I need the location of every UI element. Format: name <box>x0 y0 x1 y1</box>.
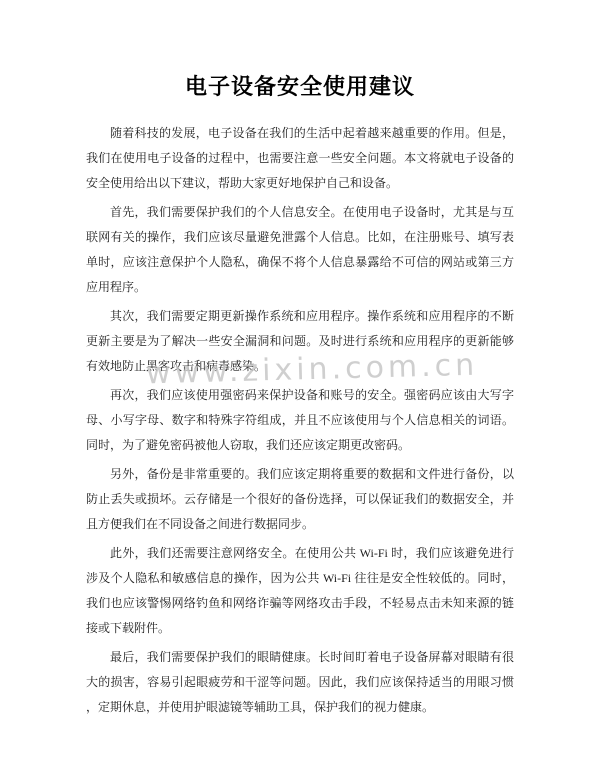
document-body: 随着科技的发展，电子设备在我们的生活中起着越来越重要的作用。但是，我们在使用电子… <box>86 121 514 720</box>
paragraph: 首先，我们需要保护我们的个人信息安全。在使用电子设备时，尤其是与互联网有关的操作… <box>86 200 514 300</box>
paragraph: 随着科技的发展，电子设备在我们的生活中起着越来越重要的作用。但是，我们在使用电子… <box>86 121 514 196</box>
paragraph: 此外，我们还需要注意网络安全。在使用公共 Wi-Fi 时，我们应该避免进行涉及个… <box>86 541 514 641</box>
paragraph: 其次，我们需要定期更新操作系统和应用程序。操作系统和应用程序的不断更新主要是为了… <box>86 304 514 379</box>
page-title: 电子设备安全使用建议 <box>0 0 600 101</box>
paragraph: 最后，我们需要保护我们的眼睛健康。长时间盯着电子设备屏幕对眼睛有很大的损害，容易… <box>86 645 514 720</box>
document-page: 电子设备安全使用建议 随着科技的发展，电子设备在我们的生活中起着越来越重要的作用… <box>0 0 600 776</box>
paragraph: 再次，我们应该使用强密码来保护设备和账号的安全。强密码应该由大写字母、小写字母、… <box>86 383 514 458</box>
paragraph: 另外，备份是非常重要的。我们应该定期将重要的数据和文件进行备份，以防止丢失或损坏… <box>86 462 514 537</box>
